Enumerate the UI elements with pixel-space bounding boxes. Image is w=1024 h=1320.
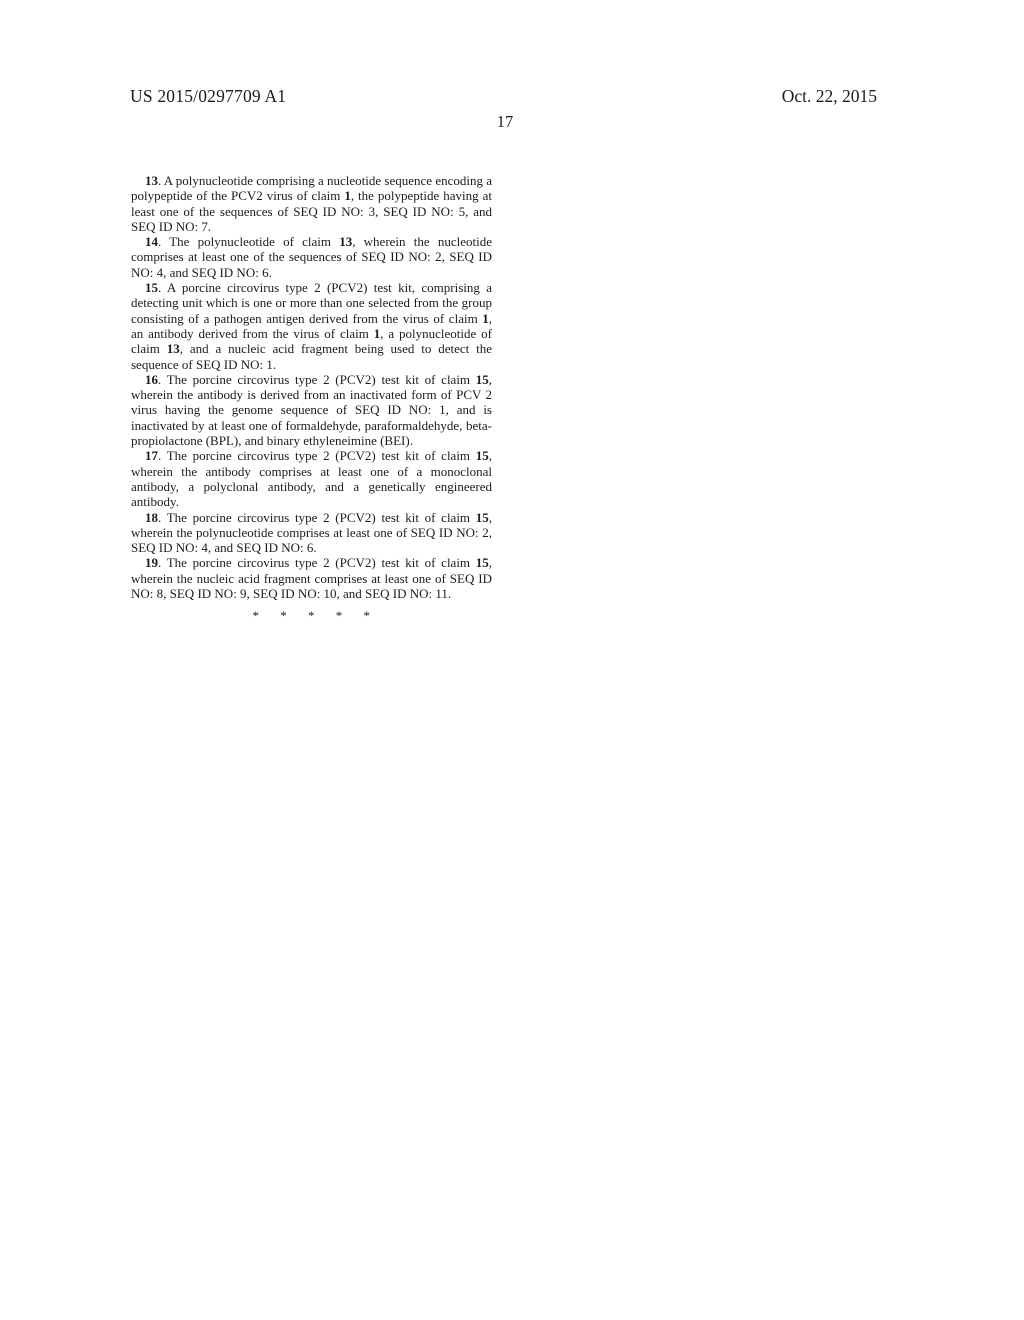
- publication-number: US 2015/0297709 A1: [130, 86, 286, 107]
- claim-13: 13. A polynucleotide comprising a nucleo…: [131, 173, 492, 234]
- claim-18: 18. The porcine circovirus type 2 (PCV2)…: [131, 510, 492, 556]
- claim-15: 15. A porcine circovirus type 2 (PCV2) t…: [131, 280, 492, 372]
- patent-page: US 2015/0297709 A1 Oct. 22, 2015 17 13. …: [0, 0, 1024, 1320]
- claim-16: 16. The porcine circovirus type 2 (PCV2)…: [131, 372, 492, 448]
- claims-section: 13. A polynucleotide comprising a nucleo…: [131, 173, 492, 624]
- claim-19: 19. The porcine circovirus type 2 (PCV2)…: [131, 555, 492, 601]
- page-number: 17: [0, 112, 1010, 132]
- claim-17: 17. The porcine circovirus type 2 (PCV2)…: [131, 448, 492, 509]
- claim-14: 14. The polynucleotide of claim 13, wher…: [131, 234, 492, 280]
- publication-date: Oct. 22, 2015: [782, 86, 877, 107]
- end-of-claims-marker: * * * * *: [131, 608, 492, 623]
